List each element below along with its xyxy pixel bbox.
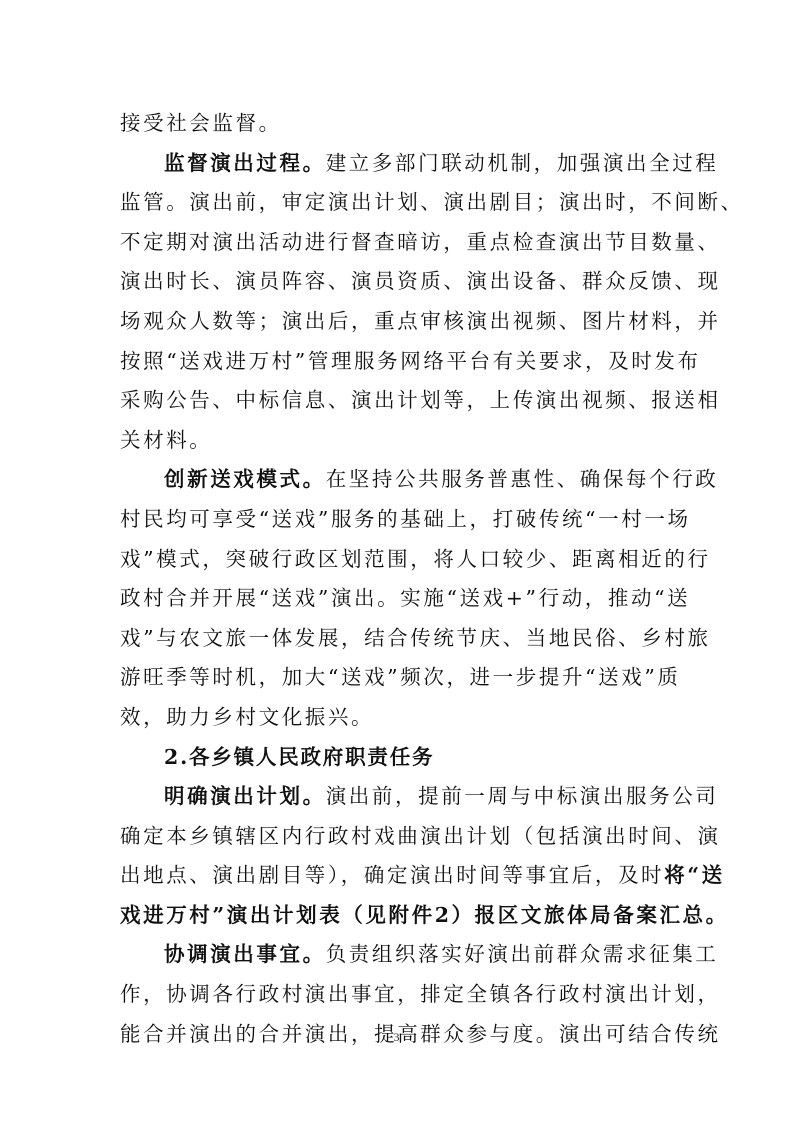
text-line: 按照“送戏进万村”管理服务网络平台有关要求，及时发布 (120, 342, 680, 382)
paragraph-coordinate: 协调演出事宜。负责组织落实好演出前群众需求征集工 (120, 935, 680, 975)
document-page: 接受社会监督。 监督演出过程。建立多部门联动机制，加强演出全过程 监管。演出前，… (0, 0, 793, 1122)
text-line: 确定本乡镇辖区内行政村戏曲演出计划（包括演出时间、演 (120, 817, 680, 857)
body-text: 接受社会监督。 监督演出过程。建立多部门联动机制，加强演出全过程 监管。演出前，… (120, 104, 680, 1054)
text-line: 场观众人数等；演出后，重点审核演出视频、图片材料，并 (120, 302, 680, 342)
bold-lead: 明确演出计划。 (164, 784, 326, 808)
text-line: 采购公告、中标信息、演出计划等，上传演出视频、报送相 (120, 381, 680, 421)
text-line: 政村合并开展“送戏”演出。实施“送戏+”行动，推动“送 (120, 579, 680, 619)
bold-tail: 将“送 (664, 863, 725, 887)
section-heading: 2.各乡镇人民政府职责任务 (120, 738, 680, 778)
text-line: 效，助力乡村文化振兴。 (120, 698, 680, 738)
text-line: 游旺季等时机，加大“送戏”频次，进一步提升“送戏”质 (120, 658, 680, 698)
paragraph-supervise-performance: 监督演出过程。建立多部门联动机制，加强演出全过程 (120, 144, 680, 184)
bold-lead: 协调演出事宜。 (164, 942, 326, 966)
text-line: 接受社会监督。 (120, 104, 680, 144)
text-line: 监管。演出前，审定演出计划、演出剧目；演出时，不间断、 (120, 183, 680, 223)
page-number: 3 (0, 1030, 793, 1045)
text-line: 戏”模式，突破行政区划范围，将人口较少、距离相近的行 (120, 540, 680, 580)
text-line: 作，协调各行政村演出事宜，排定全镇各行政村演出计划， (120, 975, 680, 1015)
text-line: 村民均可享受“送戏”服务的基础上，打破传统“一村一场 (120, 500, 680, 540)
text-line: 不定期对演出活动进行督查暗访，重点检查演出节目数量、 (120, 223, 680, 263)
paragraph-define-plan: 明确演出计划。演出前，提前一周与中标演出服务公司 (120, 777, 680, 817)
bold-lead: 创新送戏模式。 (164, 467, 326, 491)
text-line: 关材料。 (120, 421, 680, 461)
bold-lead: 监督演出过程。 (164, 151, 326, 175)
paragraph-innovate-mode: 创新送戏模式。在坚持公共服务普惠性、确保每个行政 (120, 460, 680, 500)
text-line: 出地点、演出剧目等），确定演出时间等事宜后，及时将“送 (120, 856, 680, 896)
text-line-bold: 戏进万村”演出计划表（见附件2）报区文旅体局备案汇总。 (120, 896, 680, 936)
text-line: 戏”与农文旅一体发展，结合传统节庆、当地民俗、乡村旅 (120, 619, 680, 659)
text-line: 演出时长、演员阵容、演员资质、演出设备、群众反馈、现 (120, 262, 680, 302)
